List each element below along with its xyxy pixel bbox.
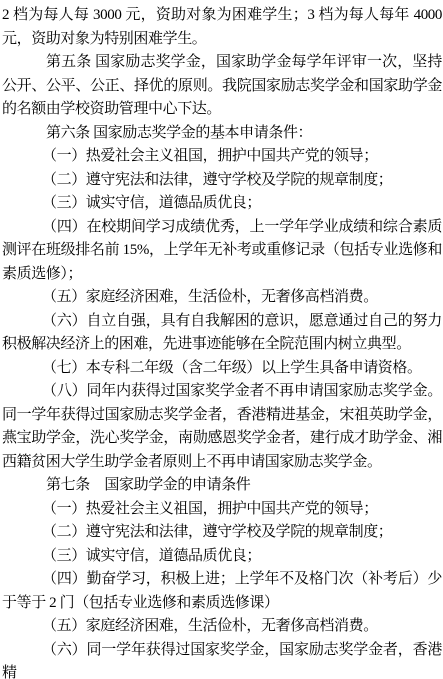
article-6-item-5: （五）家庭经济困难，生活俭朴，无奢侈高档消费。 [2,286,442,310]
document-page: 2 档为每人每 3000 元，资助对象为困难学生；3 档为每人每年 4000 元… [0,0,443,679]
article-6-item-2: （二）遵守宪法和法律，遵守学校及学院的规章制度； [2,169,442,193]
article-7-item-1: （一）热爱社会主义祖国，拥护中国共产党的领导； [2,498,442,522]
article-6-item-6: （六）自立自强，具有自我解困的意识，愿意通过自己的努力积极解决经济上的困难，先进… [2,310,442,357]
article-6-item-1: （一）热爱社会主义祖国，拥护中国共产党的领导； [2,145,442,169]
article-7-item-5: （五）家庭经济困难，生活俭朴，无奢侈高档消费。 [2,615,442,639]
funding-tiers-continuation: 2 档为每人每 3000 元，资助对象为困难学生；3 档为每人每年 4000 元… [2,4,442,51]
article-7-item-3: （三）诚实守信，道德品质优良； [2,545,442,569]
article-7-item-4: （四）勤奋学习，积极上进；上学年不及格门次（补考后）少于等于 2 门（包括专业选… [2,568,442,615]
article-7-heading: 第七条 国家助学金的申请条件 [2,474,442,498]
article-7-item-2: （二）遵守宪法和法律，遵守学校及学院的规章制度； [2,521,442,545]
article-6-item-7: （七）本专科二年级（含二年级）以上学生具备申请资格。 [2,357,442,381]
article-6-heading: 第六条 国家励志奖学金的基本申请条件： [2,122,442,146]
article-6-item-3: （三）诚实守信，道德品质优良； [2,192,442,216]
article-5-paragraph: 第五条 国家励志奖学金，国家助学金每学年评审一次，坚持公开、公平、公正、择优的原… [2,51,442,122]
article-7-item-6-clipped: （六）同一学年获得过国家奖学金，国家励志奖学金者，香港精 [2,639,442,679]
article-6-item-4: （四）在校期间学习成绩优秀，上一学年学业成绩和综合素质测评在班级排名前 15%，… [2,216,442,287]
article-6-item-8: （八）同年内获得过国家奖学金者不再申请国家励志奖学金。同一学年获得过国家励志奖学… [2,380,442,474]
